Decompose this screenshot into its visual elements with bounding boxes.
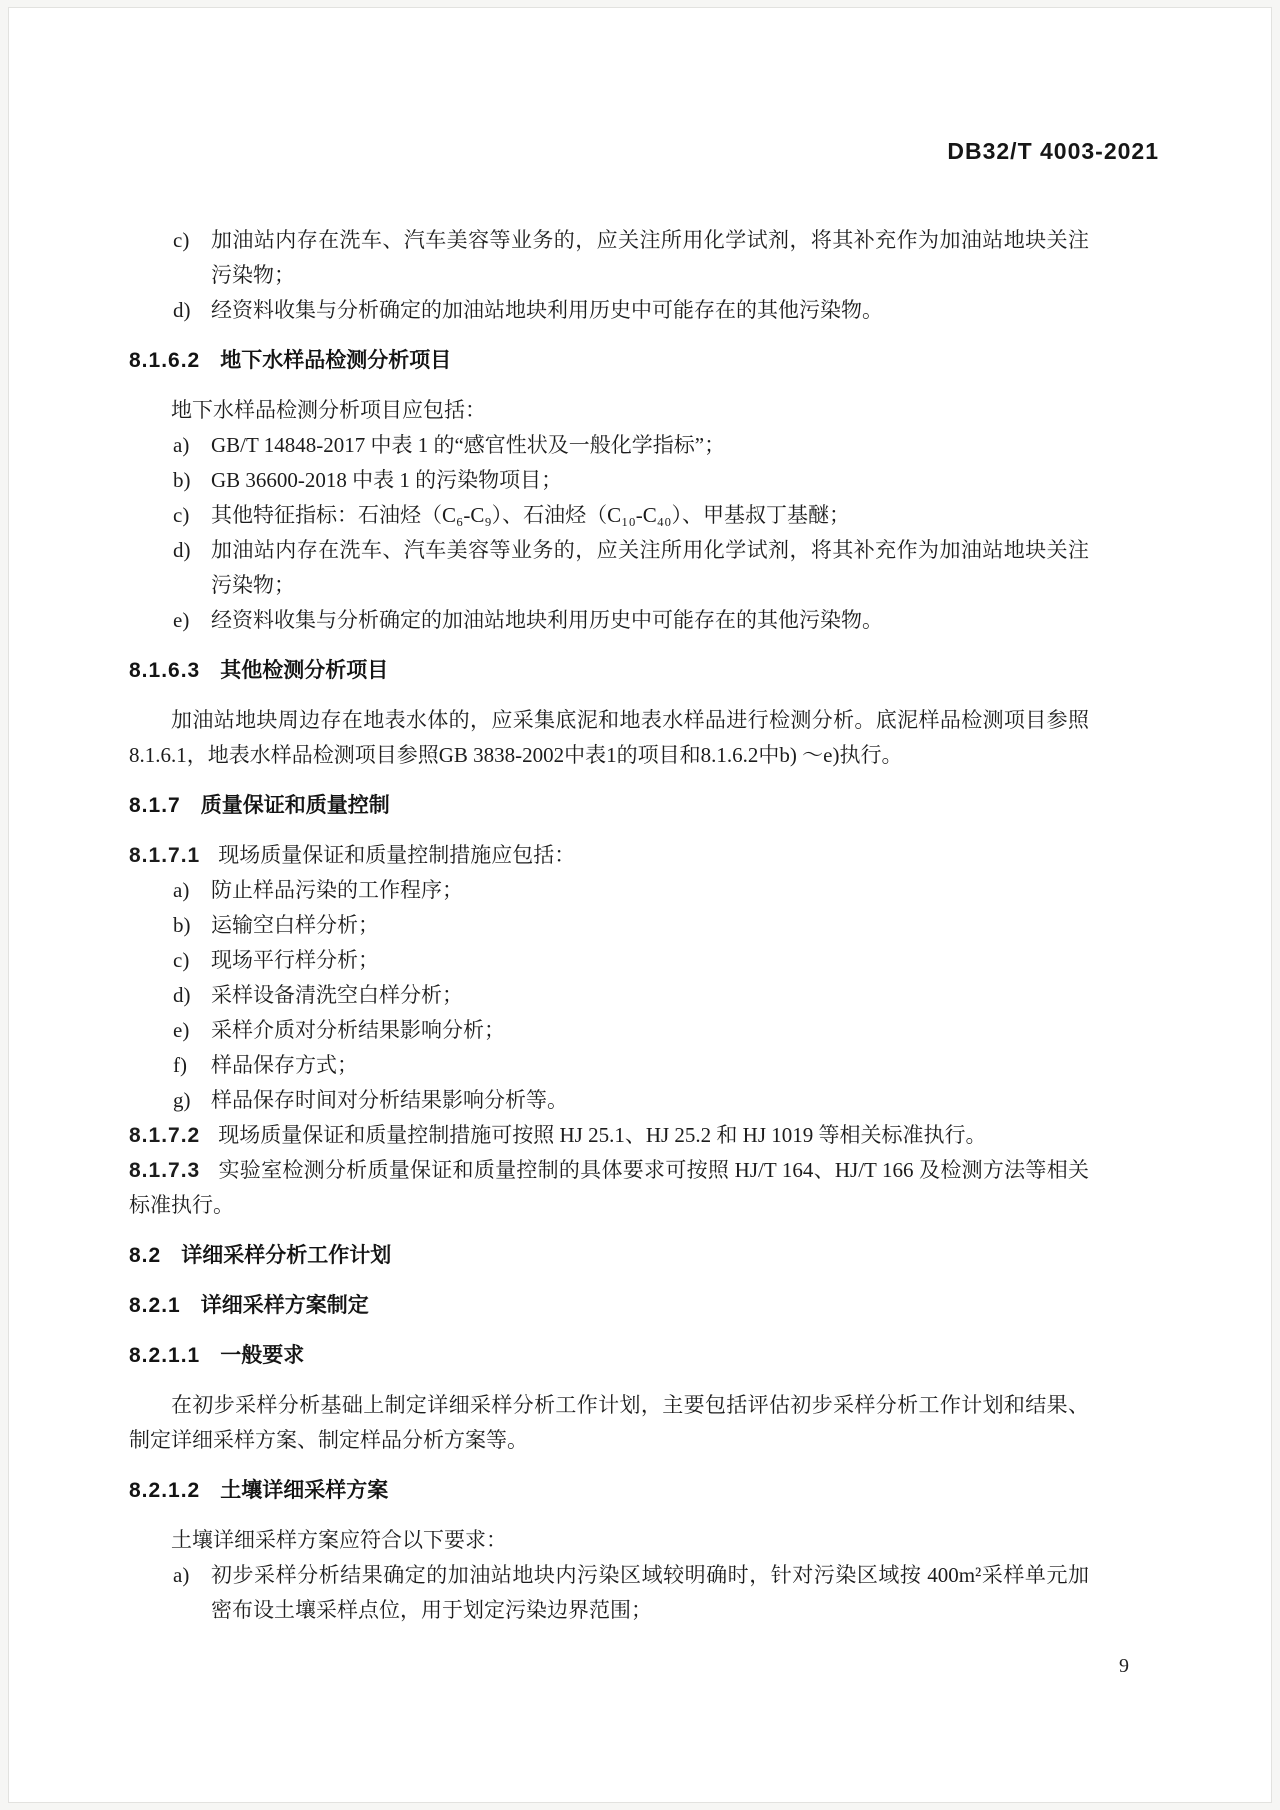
list-item-b: b) 运输空白样分析； bbox=[129, 908, 1089, 943]
list-item-text: 其他特征指标：石油烃（C₆-C₉）、石油烃（C₁₀-C₄₀）、甲基叔丁基醚； bbox=[211, 503, 850, 527]
heading-title: 其他检测分析项目 bbox=[220, 659, 388, 682]
standard-number: DB32/T 4003-2021 bbox=[947, 138, 1159, 164]
list-marker: e) bbox=[173, 1013, 189, 1048]
list-marker: a) bbox=[173, 873, 189, 908]
heading-number: 8.1.6.3 bbox=[129, 659, 200, 682]
list-item-f: f) 样品保存方式； bbox=[129, 1048, 1089, 1083]
clause-8-1-7-1: 8.1.7.1现场质量保证和质量控制措施应包括： bbox=[129, 838, 1089, 873]
paragraph-body: 加油站地块周边存在地表水体的，应采集底泥和地表水样品进行检测分析。底泥样品检测项… bbox=[129, 703, 1089, 773]
list-item-text: 运输空白样分析； bbox=[211, 913, 379, 937]
paragraph-intro: 土壤详细采样方案应符合以下要求： bbox=[129, 1523, 1089, 1558]
list-item-text: 加油站内存在洗车、汽车美容等业务的，应关注所用化学试剂，将其补充作为加油站地块关… bbox=[211, 228, 1089, 287]
list-item-g: g) 样品保存时间对分析结果影响分析等。 bbox=[129, 1083, 1089, 1118]
heading-number: 8.2.1.1 bbox=[129, 1344, 200, 1367]
list-marker: a) bbox=[173, 428, 189, 463]
clause-text: 实验室检测分析质量保证和质量控制的具体要求可按照 HJ/T 164、HJ/T 1… bbox=[129, 1158, 1089, 1217]
page-header: DB32/T 4003-2021 bbox=[9, 8, 1271, 170]
list-item-c: c) 现场平行样分析； bbox=[129, 943, 1089, 978]
list-item-text: GB/T 14848-2017 中表 1 的“感官性状及一般化学指标”； bbox=[211, 433, 725, 457]
list-item-e: e) 经资料收集与分析确定的加油站地块利用历史中可能存在的其他污染物。 bbox=[129, 603, 1089, 638]
list-marker: d) bbox=[173, 293, 191, 328]
page-content: c) 加油站内存在洗车、汽车美容等业务的，应关注所用化学试剂，将其补充作为加油站… bbox=[9, 223, 1089, 1628]
list-item-text: 加油站内存在洗车、汽车美容等业务的，应关注所用化学试剂，将其补充作为加油站地块关… bbox=[211, 538, 1089, 597]
heading-title: 地下水样品检测分析项目 bbox=[220, 349, 451, 372]
clause-8-1-7-2: 8.1.7.2现场质量保证和质量控制措施可按照 HJ 25.1、HJ 25.2 … bbox=[129, 1118, 1089, 1153]
list-marker: e) bbox=[173, 603, 189, 638]
list-marker: d) bbox=[173, 978, 191, 1013]
clause-text: 现场质量保证和质量控制措施应包括： bbox=[218, 843, 575, 867]
clause-number: 8.1.7.3 bbox=[129, 1159, 200, 1182]
list-marker: g) bbox=[173, 1083, 191, 1118]
list-item-text: 初步采样分析结果确定的加油站地块内污染区域较明确时，针对污染区域按 400m²采… bbox=[211, 1563, 1089, 1622]
heading-8-1-6-3: 8.1.6.3其他检测分析项目 bbox=[129, 653, 1089, 688]
list-item-text: 采样设备清洗空白样分析； bbox=[211, 983, 463, 1007]
list-item-d: d) 采样设备清洗空白样分析； bbox=[129, 978, 1089, 1013]
list-item-text: 经资料收集与分析确定的加油站地块利用历史中可能存在的其他污染物。 bbox=[211, 298, 883, 322]
heading-8-1-6-2: 8.1.6.2地下水样品检测分析项目 bbox=[129, 343, 1089, 378]
list-item-c: c) 加油站内存在洗车、汽车美容等业务的，应关注所用化学试剂，将其补充作为加油站… bbox=[129, 223, 1089, 293]
list-marker: c) bbox=[173, 498, 189, 533]
list-item-text: GB 36600-2018 中表 1 的污染物项目； bbox=[211, 468, 562, 492]
clause-number: 8.1.7.2 bbox=[129, 1124, 200, 1147]
list-item-text: 采样介质对分析结果影响分析； bbox=[211, 1018, 505, 1042]
list-marker: b) bbox=[173, 463, 191, 498]
heading-title: 土壤详细采样方案 bbox=[220, 1479, 388, 1502]
heading-title: 一般要求 bbox=[220, 1344, 304, 1367]
heading-number: 8.1.7 bbox=[129, 794, 181, 817]
heading-8-2: 8.2详细采样分析工作计划 bbox=[129, 1238, 1089, 1273]
heading-number: 8.2.1.2 bbox=[129, 1479, 200, 1502]
clause-8-1-7-3: 8.1.7.3实验室检测分析质量保证和质量控制的具体要求可按照 HJ/T 164… bbox=[129, 1153, 1089, 1223]
list-item-e: e) 采样介质对分析结果影响分析； bbox=[129, 1013, 1089, 1048]
list-item-text: 现场平行样分析； bbox=[211, 948, 379, 972]
list-marker: c) bbox=[173, 223, 189, 258]
list-marker: c) bbox=[173, 943, 189, 978]
heading-title: 详细采样方案制定 bbox=[201, 1294, 369, 1317]
paragraph-body: 在初步采样分析基础上制定详细采样分析工作计划，主要包括评估初步采样分析工作计划和… bbox=[129, 1388, 1089, 1458]
list-item-c: c) 其他特征指标：石油烃（C₆-C₉）、石油烃（C₁₀-C₄₀）、甲基叔丁基醚… bbox=[129, 498, 1089, 533]
heading-title: 质量保证和质量控制 bbox=[201, 794, 390, 817]
list-item-a: a) 防止样品污染的工作程序； bbox=[129, 873, 1089, 908]
list-marker: b) bbox=[173, 908, 191, 943]
paragraph-intro: 地下水样品检测分析项目应包括： bbox=[129, 393, 1089, 428]
list-item-d: d) 加油站内存在洗车、汽车美容等业务的，应关注所用化学试剂，将其补充作为加油站… bbox=[129, 533, 1089, 603]
heading-number: 8.2.1 bbox=[129, 1294, 181, 1317]
heading-8-2-1-1: 8.2.1.1一般要求 bbox=[129, 1338, 1089, 1373]
heading-title: 详细采样分析工作计划 bbox=[181, 1244, 391, 1267]
list-item-text: 样品保存时间对分析结果影响分析等。 bbox=[211, 1088, 568, 1112]
list-item-text: 经资料收集与分析确定的加油站地块利用历史中可能存在的其他污染物。 bbox=[211, 608, 883, 632]
list-item-text: 样品保存方式； bbox=[211, 1053, 358, 1077]
page-number: 9 bbox=[1119, 1649, 1129, 1684]
heading-8-2-1: 8.2.1详细采样方案制定 bbox=[129, 1288, 1089, 1323]
list-marker: d) bbox=[173, 533, 191, 568]
heading-number: 8.1.6.2 bbox=[129, 349, 200, 372]
clause-number: 8.1.7.1 bbox=[129, 844, 200, 867]
list-item-d: d) 经资料收集与分析确定的加油站地块利用历史中可能存在的其他污染物。 bbox=[129, 293, 1089, 328]
list-item-b: b) GB 36600-2018 中表 1 的污染物项目； bbox=[129, 463, 1089, 498]
list-marker: f) bbox=[173, 1048, 187, 1083]
clause-text: 现场质量保证和质量控制措施可按照 HJ 25.1、HJ 25.2 和 HJ 10… bbox=[218, 1123, 986, 1147]
document-page: DB32/T 4003-2021 c) 加油站内存在洗车、汽车美容等业务的，应关… bbox=[8, 7, 1272, 1803]
heading-8-2-1-2: 8.2.1.2土壤详细采样方案 bbox=[129, 1473, 1089, 1508]
heading-8-1-7: 8.1.7质量保证和质量控制 bbox=[129, 788, 1089, 823]
heading-number: 8.2 bbox=[129, 1244, 161, 1267]
list-item-text: 防止样品污染的工作程序； bbox=[211, 878, 463, 902]
list-item-a: a) 初步采样分析结果确定的加油站地块内污染区域较明确时，针对污染区域按 400… bbox=[129, 1558, 1089, 1628]
list-marker: a) bbox=[173, 1558, 189, 1593]
list-item-a: a) GB/T 14848-2017 中表 1 的“感官性状及一般化学指标”； bbox=[129, 428, 1089, 463]
